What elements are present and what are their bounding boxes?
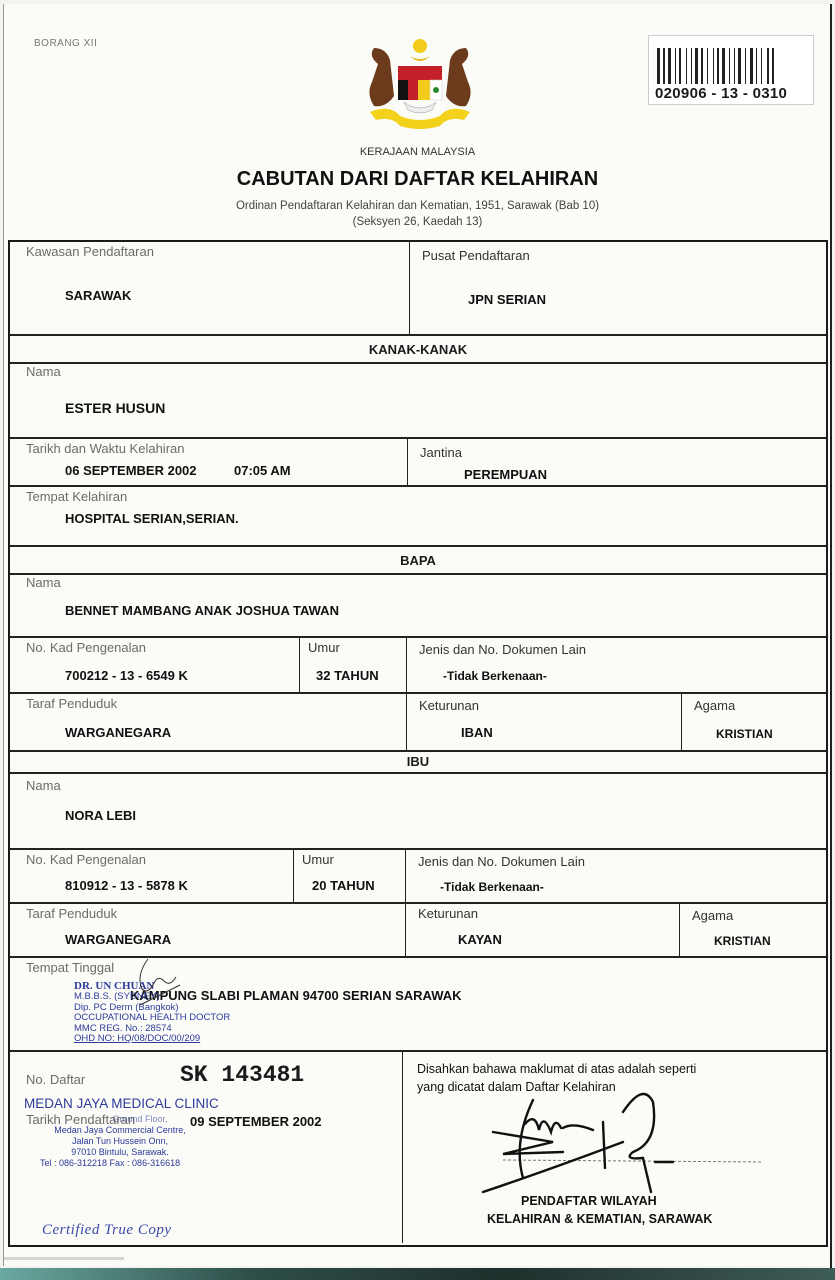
father-residency-label: Taraf Penduduk	[26, 696, 117, 711]
government-heading: KERAJAAN MALAYSIA	[0, 146, 835, 158]
document-subtitle-section: (Seksyen 26, Kaedah 13)	[0, 216, 835, 228]
barcode-icon	[657, 48, 803, 84]
father-name-row: Nama BENNET MAMBANG ANAK JOSHUA TAWAN	[10, 575, 826, 638]
page-edge	[830, 4, 832, 1270]
mother-ethnicity-label: Keturunan	[418, 906, 478, 921]
barcode-label: 020906 - 13 - 0310	[648, 35, 814, 105]
mother-status-row: Taraf Penduduk WARGANEGARA Keturunan KAY…	[10, 904, 826, 958]
mother-name-row: Nama NORA LEBI	[10, 774, 826, 850]
clinic-stamp-line: Jalan Tun Hussein Onn,	[40, 1136, 200, 1147]
mother-ic-label: No. Kad Pengenalan	[26, 852, 146, 867]
document-title: CABUTAN DARI DAFTAR KELAHIRAN	[0, 168, 835, 191]
father-religion-value: KRISTIAN	[716, 727, 773, 741]
birth-time-value: 07:05 AM	[234, 463, 291, 478]
printer-mark	[4, 1257, 124, 1260]
registration-area-value: SARAWAK	[65, 288, 131, 303]
mother-doc-cell: Jenis dan No. Dokumen Lain -Tidak Berken…	[406, 850, 826, 902]
registration-center-value: JPN SERIAN	[468, 292, 546, 307]
mother-ethnicity-cell: Keturunan KAYAN	[406, 904, 680, 956]
child-name-label: Nama	[26, 364, 61, 379]
gender-value: PEREMPUAN	[464, 467, 547, 482]
father-section-header: BAPA	[10, 547, 826, 575]
father-residency-value: WARGANEGARA	[65, 725, 171, 740]
father-residency-cell: Taraf Penduduk WARGANEGARA	[10, 694, 407, 750]
clinic-stamp: MEDAN JAYA MEDICAL CLINIC	[24, 1096, 219, 1111]
doctor-stamp-line: OHD NO: HQ/08/DOC/00/209	[74, 1034, 230, 1045]
mother-address-label: Tempat Tinggal	[26, 960, 114, 975]
birth-date-value: 06 SEPTEMBER 2002	[65, 463, 197, 478]
father-ic-label: No. Kad Pengenalan	[26, 640, 146, 655]
mother-doc-label: Jenis dan No. Dokumen Lain	[418, 854, 585, 869]
father-religion-label: Agama	[694, 698, 735, 713]
mother-religion-value: KRISTIAN	[714, 934, 771, 948]
father-age-cell: Umur 32 TAHUN	[300, 638, 407, 692]
father-doc-label: Jenis dan No. Dokumen Lain	[419, 642, 586, 657]
father-doc-cell: Jenis dan No. Dokumen Lain -Tidak Berken…	[407, 638, 826, 692]
birthplace-value: HOSPITAL SERIAN,SERIAN.	[65, 511, 239, 526]
registration-center-label: Pusat Pendaftaran	[422, 248, 530, 263]
mother-age-cell: Umur 20 TAHUN	[294, 850, 406, 902]
mother-ic-cell: No. Kad Pengenalan 810912 - 13 - 5878 K	[10, 850, 294, 902]
registration-row: Kawasan Pendaftaran SARAWAK Pusat Pendaf…	[10, 242, 826, 336]
certified-true-copy: Certified True Copy	[42, 1222, 172, 1239]
father-ic-value: 700212 - 13 - 6549 K	[65, 668, 188, 683]
child-name-value: ESTER HUSUN	[65, 400, 165, 416]
clinic-stamp-name: MEDAN JAYA MEDICAL CLINIC	[24, 1096, 219, 1111]
clinic-stamp-line: Tel : 086-312218 Fax : 086-316618	[40, 1158, 180, 1169]
mother-religion-label: Agama	[692, 908, 733, 923]
register-date-value: 09 SEPTEMBER 2002	[190, 1114, 322, 1129]
father-status-row: Taraf Penduduk WARGANEGARA Keturunan IBA…	[10, 694, 826, 752]
birth-datetime-cell: Tarikh dan Waktu Kelahiran 06 SEPTEMBER …	[10, 439, 408, 485]
form-code: BORANG XII	[34, 38, 97, 49]
mother-section-header: IBU	[10, 752, 826, 774]
father-id-row: No. Kad Pengenalan 700212 - 13 - 6549 K …	[10, 638, 826, 694]
father-doc-value: -Tidak Berkenaan-	[443, 669, 547, 683]
mother-residency-cell: Taraf Penduduk WARGANEGARA	[10, 904, 406, 956]
document-subtitle: Ordinan Pendaftaran Kelahiran dan Kemati…	[0, 200, 835, 212]
mother-ethnicity-value: KAYAN	[458, 932, 502, 947]
doctor-initials-icon	[130, 955, 190, 1015]
father-religion-cell: Agama KRISTIAN	[682, 694, 826, 750]
clinic-stamp-address: Ground Floor,	[90, 1114, 190, 1125]
registration-area-cell: Kawasan Pendaftaran SARAWAK	[10, 242, 410, 334]
mother-id-row: No. Kad Pengenalan 810912 - 13 - 5878 K …	[10, 850, 826, 904]
mother-residency-label: Taraf Penduduk	[26, 906, 117, 921]
mother-religion-cell: Agama KRISTIAN	[680, 904, 826, 956]
father-name-label: Nama	[26, 575, 61, 590]
mother-doc-value: -Tidak Berkenaan-	[440, 880, 544, 894]
certification-cell: Disahkan bahawa maklumat di atas adalah …	[403, 1052, 826, 1243]
register-no-label: No. Daftar	[26, 1072, 85, 1087]
child-birth-row: Tarikh dan Waktu Kelahiran 06 SEPTEMBER …	[10, 439, 826, 487]
father-ic-cell: No. Kad Pengenalan 700212 - 13 - 6549 K	[10, 638, 300, 692]
gender-label: Jantina	[420, 445, 462, 460]
clinic-stamp-line: 97010 Bintulu, Sarawak.	[40, 1147, 200, 1158]
father-age-value: 32 TAHUN	[316, 668, 379, 683]
birth-datetime-label: Tarikh dan Waktu Kelahiran	[26, 441, 185, 456]
certification-text-line1: Disahkan bahawa maklumat di atas adalah …	[417, 1062, 696, 1076]
birthplace-label: Tempat Kelahiran	[26, 489, 127, 504]
child-section-header: KANAK-KANAK	[10, 336, 826, 364]
mother-age-label: Umur	[302, 852, 334, 867]
clinic-stamp-contact: Tel : 086-312218 Fax : 086-316618	[40, 1158, 180, 1169]
barcode-number: 020906 - 13 - 0310	[655, 85, 787, 102]
clinic-stamp-address-block: Medan Jaya Commercial Centre, Jalan Tun …	[40, 1125, 200, 1158]
mother-residency-value: WARGANEGARA	[65, 932, 171, 947]
registration-center-cell: Pusat Pendaftaran JPN SERIAN	[410, 242, 826, 334]
father-ethnicity-cell: Keturunan IBAN	[407, 694, 682, 750]
father-name-value: BENNET MAMBANG ANAK JOSHUA TAWAN	[65, 603, 339, 618]
background-surface	[0, 1268, 835, 1280]
mother-name-label: Nama	[26, 778, 61, 793]
gender-cell: Jantina PEREMPUAN	[408, 439, 826, 485]
clinic-stamp-line: Ground Floor,	[90, 1114, 190, 1125]
father-age-label: Umur	[308, 640, 340, 655]
mother-name-value: NORA LEBI	[65, 808, 136, 823]
clinic-stamp-line: Medan Jaya Commercial Centre,	[40, 1125, 200, 1136]
child-name-row: Nama ESTER HUSUN	[10, 364, 826, 439]
registrar-signature-icon	[463, 1082, 783, 1202]
father-ethnicity-label: Keturunan	[419, 698, 479, 713]
registrar-title-line1: PENDAFTAR WILAYAH	[521, 1194, 657, 1208]
registrar-title-line2: KELAHIRAN & KEMATIAN, SARAWAK	[487, 1212, 712, 1226]
father-ethnicity-value: IBAN	[461, 725, 493, 740]
mother-age-value: 20 TAHUN	[312, 878, 375, 893]
birthplace-row: Tempat Kelahiran HOSPITAL SERIAN,SERIAN.	[10, 487, 826, 547]
mother-ic-value: 810912 - 13 - 5878 K	[65, 878, 188, 893]
registration-area-label: Kawasan Pendaftaran	[26, 244, 154, 259]
malaysia-coat-of-arms-icon	[360, 36, 480, 132]
register-no-value: SK 143481	[180, 1062, 304, 1088]
